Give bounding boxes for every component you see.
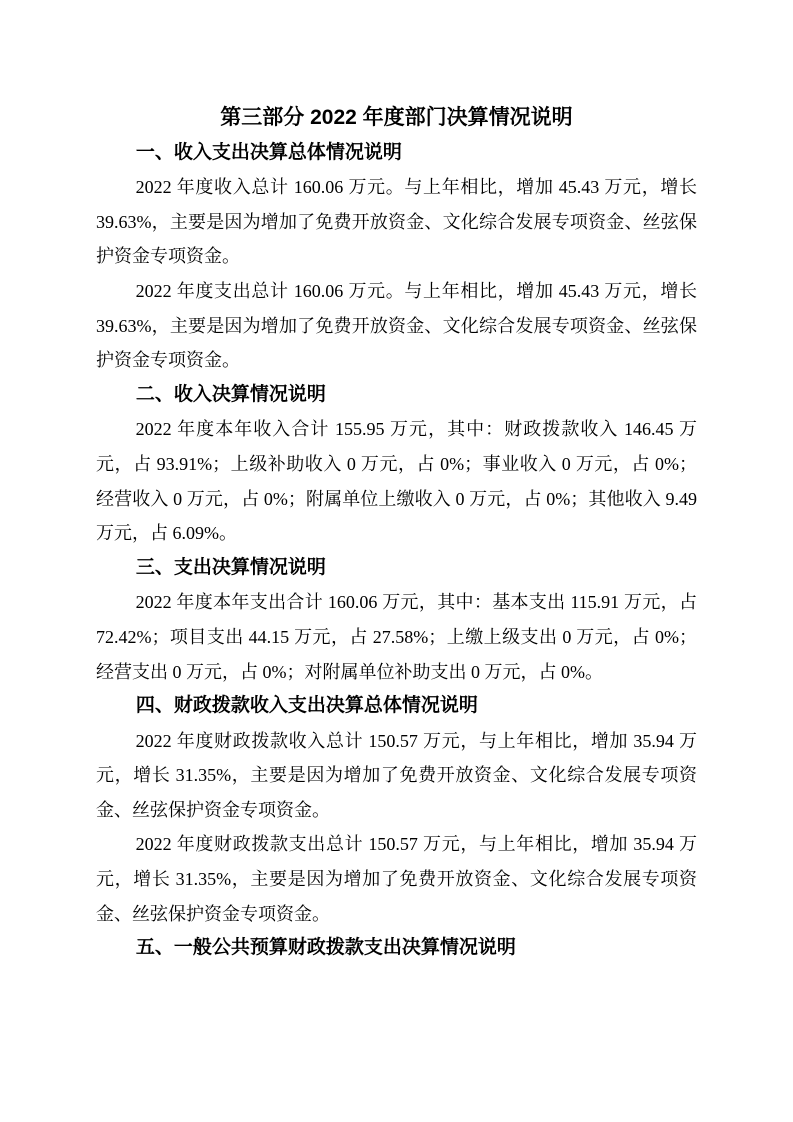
section-1-paragraph-1: 2022 年度收入总计 160.06 万元。与上年相比，增加 45.43 万元，… <box>96 170 697 274</box>
section-4-paragraph-2: 2022 年度财政拨款支出总计 150.57 万元，与上年相比，增加 35.94… <box>96 827 697 931</box>
document-title: 第三部分 2022 年度部门决算情况说明 <box>96 101 697 136</box>
section-5-heading: 五、一般公共预算财政拨款支出决算情况说明 <box>96 931 697 966</box>
section-income-details: 二、收入决算情况说明 2022 年度本年收入合计 155.95 万元，其中：财政… <box>96 378 697 551</box>
section-3-paragraph-1: 2022 年度本年支出合计 160.06 万元，其中：基本支出 115.91 万… <box>96 585 697 689</box>
section-1-heading: 一、收入支出决算总体情况说明 <box>96 136 697 171</box>
section-fiscal-appropriation-overall: 四、财政拨款收入支出决算总体情况说明 2022 年度财政拨款收入总计 150.5… <box>96 689 697 931</box>
section-income-expenditure-overall: 一、收入支出决算总体情况说明 2022 年度收入总计 160.06 万元。与上年… <box>96 136 697 378</box>
section-expenditure-details: 三、支出决算情况说明 2022 年度本年支出合计 160.06 万元，其中：基本… <box>96 551 697 689</box>
section-4-heading: 四、财政拨款收入支出决算总体情况说明 <box>96 689 697 724</box>
section-2-heading: 二、收入决算情况说明 <box>96 378 697 413</box>
section-2-paragraph-1: 2022 年度本年收入合计 155.95 万元，其中：财政拨款收入 146.45… <box>96 412 697 550</box>
section-1-paragraph-2: 2022 年度支出总计 160.06 万元。与上年相比，增加 45.43 万元，… <box>96 274 697 378</box>
section-3-heading: 三、支出决算情况说明 <box>96 551 697 586</box>
section-general-public-budget: 五、一般公共预算财政拨款支出决算情况说明 <box>96 931 697 966</box>
document-page: 第三部分 2022 年度部门决算情况说明 一、收入支出决算总体情况说明 2022… <box>0 0 793 1122</box>
section-4-paragraph-1: 2022 年度财政拨款收入总计 150.57 万元，与上年相比，增加 35.94… <box>96 724 697 828</box>
